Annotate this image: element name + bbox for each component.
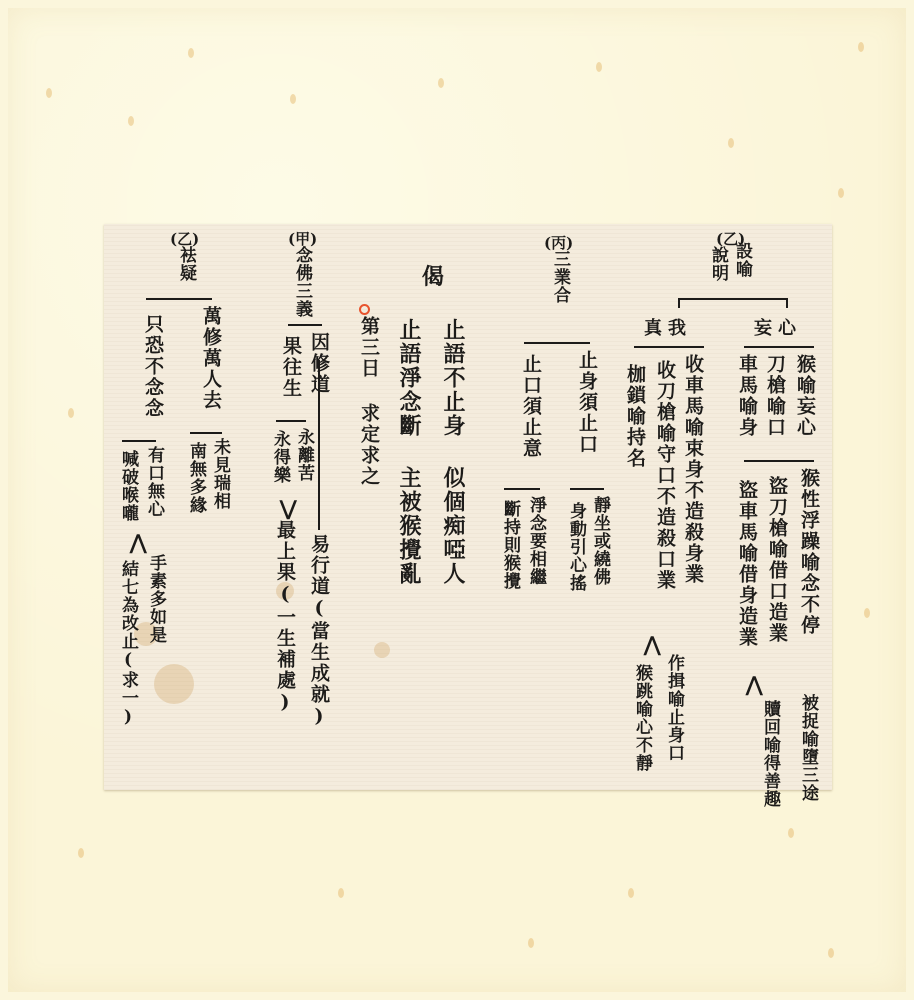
bing-child-stop-mouth: 止口須止意 — [520, 354, 542, 459]
bracket-line — [504, 488, 540, 490]
paper-fleck — [338, 888, 344, 898]
bracket-line — [744, 460, 814, 462]
heading-nianfo: 念佛三義 — [292, 246, 312, 318]
wang-sub2-ransom: 贖回喻得善趣 — [760, 700, 780, 808]
wang-child-cart: 車馬喻身 — [736, 354, 758, 438]
paper-fleck — [68, 408, 74, 418]
bracket-line — [634, 346, 704, 348]
yi-wan-sub-no-sign: 未見瑞相 — [210, 438, 230, 510]
verse-title: 偈 — [422, 260, 444, 291]
verse-line-1: 止語不止身 似個痴啞人 — [442, 318, 464, 586]
bracket-line — [288, 324, 322, 326]
paper-fleck — [828, 948, 834, 958]
verse-day-mark: 第三日 求定求之 — [358, 316, 380, 487]
wang-sub-steal-cart: 盜車馬喻借身造業 — [736, 480, 758, 648]
heading-sheyu: 設喻 — [732, 242, 752, 278]
branch-wang-xin: 妄心 — [754, 314, 802, 340]
zhen-child-lock: 枷鎖喻持名 — [624, 364, 646, 469]
red-circle-mark — [359, 304, 370, 315]
bing-a-sub-sit: 靜坐或繞佛 — [590, 496, 610, 586]
yi-child-zhi-kong: 只恐不念念 — [142, 314, 164, 419]
bracket-line — [678, 298, 680, 308]
calligraphy-card: (乙) 設喻 說明 妄心 真我 猴喻妄心 刀槍喻口 車馬喻身 猴性浮躁喻念不停 … — [104, 224, 832, 790]
zhen-child-sword: 收刀槍喻守口不造殺口業 — [654, 360, 676, 591]
paper-fleck — [528, 938, 534, 948]
yi-zhi-sub-shout: 喊破喉嚨 — [118, 450, 138, 522]
paper-fleck — [728, 138, 734, 148]
bracket-line — [146, 298, 212, 300]
paper-fleck — [78, 848, 84, 858]
jia-child-effect: 果往生 — [280, 336, 302, 399]
paper-fleck — [596, 62, 602, 72]
jia-guo-sub-joy: 永得樂 — [270, 430, 290, 484]
bing-b-sub-broken: 斷持則猴攪 — [500, 500, 520, 590]
yi-merge-a: 手素多如是 — [146, 554, 166, 644]
bing-child-stop-body: 止身須止口 — [576, 350, 598, 455]
paper-fleck — [788, 828, 794, 838]
wang-child-monkey: 猴喻妄心 — [794, 354, 816, 438]
bracket-line — [122, 440, 156, 442]
water-stain — [374, 642, 390, 658]
paper-fleck — [128, 116, 134, 126]
bracket-line — [524, 342, 590, 344]
heading-quyi: 袪疑 — [176, 246, 196, 282]
jia-merge-supreme: 最上果(一生補處) — [274, 520, 296, 715]
bracket-line — [570, 488, 604, 490]
water-stain — [154, 664, 194, 704]
branch-zhen-wo: 真我 — [644, 314, 692, 340]
paper-fleck — [858, 42, 864, 52]
bracket-line — [190, 432, 222, 434]
wang-sub-steal-sword: 盜刀槍喻借口造業 — [766, 476, 788, 644]
wang-child-sword: 刀槍喻口 — [764, 354, 786, 438]
paper-fleck — [864, 608, 870, 618]
bracket-line — [276, 420, 306, 422]
bracket-line — [786, 298, 788, 308]
zhen-sub-monkey-jump: 猴跳喻心不靜 — [632, 664, 652, 772]
zhen-child-cart: 收車馬喻束身不造殺身業 — [682, 354, 704, 585]
yi-child-wan-xiu: 萬修萬人去 — [200, 306, 222, 411]
wang-sub-monkey-restless: 猴性浮躁喻念不停 — [798, 468, 820, 636]
verse-line-2: 止語淨念斷 主被猴攪亂 — [398, 318, 420, 586]
merge-chevron: ⋀ — [130, 530, 146, 554]
zhen-sub-bow: 作揖喻止身口 — [664, 654, 684, 762]
paper-fleck — [438, 78, 444, 88]
merge-chevron: ⋁ — [280, 496, 296, 520]
bing-b-sub-pure-mind: 淨念要相繼 — [526, 496, 546, 586]
bracket-line — [744, 346, 814, 348]
merge-chevron: ⋀ — [644, 632, 660, 656]
jia-guo-sub-leave: 永離苦 — [294, 428, 314, 482]
paper-fleck — [188, 48, 194, 58]
jia-yin-sub-easy-path: 易行道(當生成就) — [308, 534, 330, 729]
paper-fleck — [290, 94, 296, 104]
heading-three-karma: 三業合 — [550, 250, 570, 304]
yi-merge-b: 結七為改止(求一) — [118, 560, 138, 728]
bing-a-sub-body-moves: 身動引心搖 — [566, 502, 586, 592]
paper-fleck — [628, 888, 634, 898]
yi-wan-sub-namo: 南無多緣 — [186, 442, 206, 514]
merge-chevron: ⋀ — [746, 672, 762, 696]
heading-shuoming: 說明 — [708, 246, 728, 282]
paper-fleck — [838, 188, 844, 198]
bracket-line — [678, 298, 788, 300]
paper-fleck — [46, 88, 52, 98]
bracket-line — [318, 360, 320, 530]
yi-zhi-sub-mouth-no-heart: 有口無心 — [144, 446, 164, 518]
wang-sub2-captured: 被捉喻墮三途 — [798, 694, 818, 802]
